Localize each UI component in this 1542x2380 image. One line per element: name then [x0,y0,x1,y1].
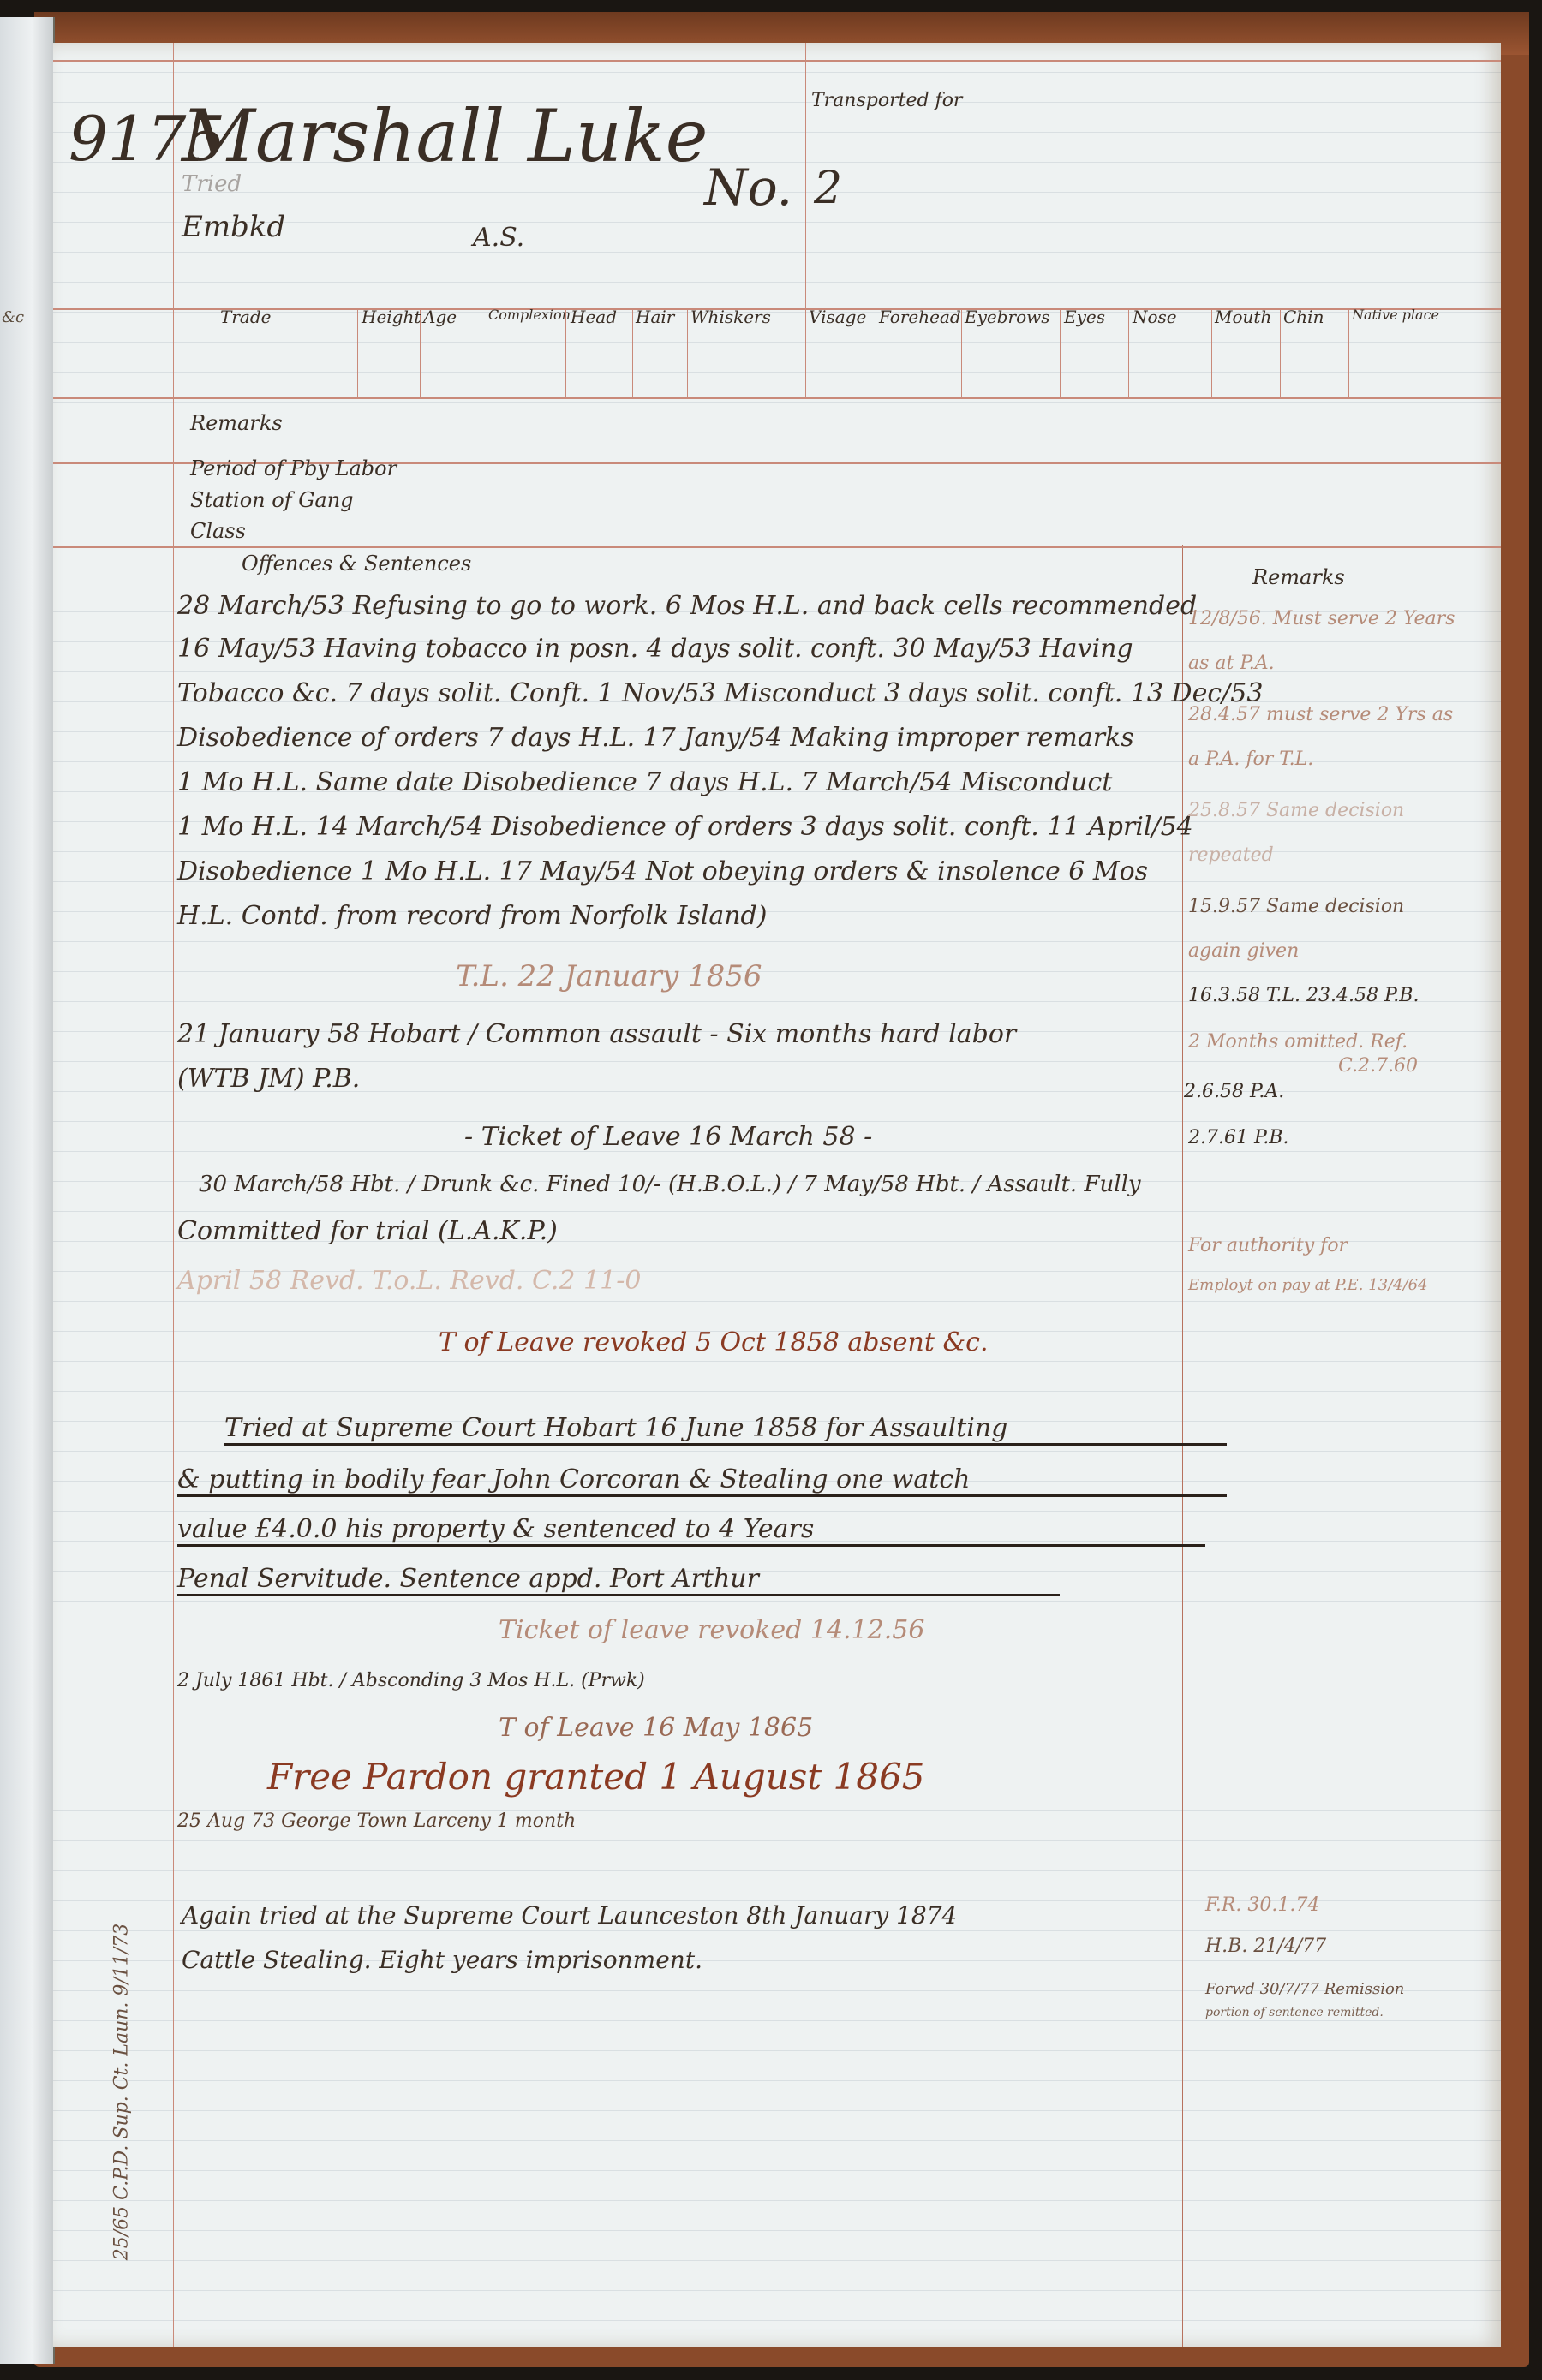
free-pardon-note: Free Pardon granted 1 August 1865 [267,1756,924,1798]
supreme-court-line: value £4.0.0 his property & sentenced to… [177,1514,1205,1547]
offence-line: 25 Aug 73 George Town Larceny 1 month [177,1810,576,1832]
header-divider-rule [805,43,806,308]
revoked-note: T of Leave revoked 5 Oct 1858 absent &c. [439,1327,989,1357]
header-forehead: Forehead [879,307,961,327]
remark-line: 15.9.57 Same decision [1188,896,1404,917]
col-rule [1128,308,1129,397]
header-head: Head [571,307,617,327]
remark-line: Employt on pay at P.E. 13/4/64 [1188,1276,1428,1294]
remark-line: 2 Months omitted. Ref. [1188,1031,1408,1053]
offence-line: Committed for trial (L.A.K.P.) [177,1216,558,1246]
header-hair: Hair [636,307,674,327]
offence-line: Cattle Stealing. Eight years imprisonmen… [182,1946,702,1974]
ticket-of-leave-note: - Ticket of Leave 16 March 58 - [464,1122,872,1152]
header-age: Age [423,307,457,327]
col-rule [357,308,358,397]
header-complexion: Complexion [488,307,571,323]
col-rule [1060,308,1061,397]
remark-line: For authority for [1188,1235,1348,1256]
remark-line: 25.8.57 Same decision [1188,800,1404,821]
header-trade: Trade [220,307,271,327]
col-rule [1280,308,1281,397]
offence-line: Again tried at the Supreme Court Launces… [182,1901,957,1930]
col-rule [961,308,962,397]
supreme-court-line: & putting in bodily fear John Corcoran &… [177,1464,1227,1497]
remarks-column-label: Remarks [1252,565,1345,589]
remark-line: 16.3.58 T.L. 23.4.58 P.B. [1188,985,1419,1006]
remark-line: portion of sentence remitted. [1205,2006,1384,2019]
offence-line: 30 March/58 Hbt. / Drunk &c. Fined 10/- … [199,1172,1141,1197]
facing-page-edge: &c [0,17,55,2364]
remark-line: 2.6.58 P.A. [1184,1081,1284,1102]
offence-line: 21 January 58 Hobart / Common assault - … [177,1019,1016,1049]
remark-line: Forwd 30/7/77 Remission [1205,1980,1404,1998]
offence-line: Disobedience 1 Mo H.L. 17 May/54 Not obe… [177,856,1148,886]
top-rule [53,60,1501,62]
remark-line: C.2.7.60 [1338,1055,1418,1077]
supreme-court-line: Penal Servitude. Sentence appd. Port Art… [177,1564,1060,1596]
offence-line: Disobedience of orders 7 days H.L. 17 Ja… [177,723,1134,753]
margin-note: 25/65 C.P.D. Sup. Ct. Laun. 9/11/73 [111,1835,133,2349]
remark-line: again given [1188,940,1299,962]
remark-line: 2.7.61 P.B. [1188,1127,1288,1148]
revoked-note: April 58 Revd. T.o.L. Revd. C.2 11-0 [177,1266,641,1296]
header-nose: Nose [1133,307,1177,327]
col-rule [1211,308,1212,397]
offence-line: 2 July 1861 Hbt. / Absconding 3 Mos H.L.… [177,1670,645,1691]
header-mouth: Mouth [1215,307,1271,327]
number-label: No. [704,158,792,217]
remarks-label: Remarks [190,411,283,435]
col-rule [487,308,487,397]
tried-label: Tried [182,171,242,197]
remark-line: 28.4.57 must serve 2 Yrs as [1188,704,1453,725]
ticket-of-leave-note: T.L. 22 January 1856 [456,959,762,993]
remark-line: as at P.A. [1188,653,1275,674]
header-height: Height [362,307,421,327]
header-chin: Chin [1283,307,1324,327]
header-native-place: Native place [1352,307,1439,323]
header-eyebrows: Eyebrows [965,307,1050,327]
header-whiskers: Whiskers [690,307,771,327]
col-rule [876,308,876,397]
left-margin-rule [173,43,174,2347]
header-eyes: Eyes [1064,307,1105,327]
supreme-court-line: Tried at Supreme Court Hobart 16 June 18… [224,1413,1227,1446]
transported-label: Transported for [811,90,962,111]
offence-line: 16 May/53 Having tobacco in posn. 4 days… [177,634,1133,664]
revoked-note: Ticket of leave revoked 14.12.56 [499,1615,924,1645]
remark-line: F.R. 30.1.74 [1205,1894,1319,1916]
col-rule [687,308,688,397]
offence-line: H.L. Contd. from record from Norfolk Isl… [177,901,767,931]
remark-line: repeated [1188,844,1274,866]
remark-line: 12/8/56. Must serve 2 Years [1188,608,1455,629]
col-rule [1348,308,1349,397]
description-bottom-rule [53,397,1501,399]
convict-name: Marshall Luke [182,94,708,178]
offences-sentences-label: Offences & Sentences [242,552,471,576]
offence-line: Tobacco &c. 7 days solit. Conft. 1 Nov/5… [177,678,1263,708]
offence-line: 1 Mo H.L. 14 March/54 Disobedience of or… [177,812,1193,842]
offence-line: (WTB JM) P.B. [177,1064,360,1094]
station-of-gang-label: Station of Gang [190,488,354,512]
class-rule [53,546,1501,548]
ship-name: A.S. [473,223,524,253]
offence-line: 28 March/53 Refusing to go to work. 6 Mo… [177,591,1197,621]
remark-line: a P.A. for T.L. [1188,749,1313,770]
register-page: 9175 Marshall Luke Tried Embkd A.S. No. … [53,43,1501,2347]
class-label: Class [190,519,246,543]
col-rule [632,308,633,397]
ticket-of-leave-note: T of Leave 16 May 1865 [499,1713,813,1743]
header-visage: Visage [809,307,866,327]
offence-line: 1 Mo H.L. Same date Disobedience 7 days … [177,767,1112,797]
number-value: 2 [814,163,842,214]
col-rule [805,308,806,397]
period-of-labour-label: Period of Pby Labor [190,456,397,480]
remark-line: H.B. 21/4/77 [1205,1936,1326,1957]
embarked-label: Embkd [182,210,285,244]
